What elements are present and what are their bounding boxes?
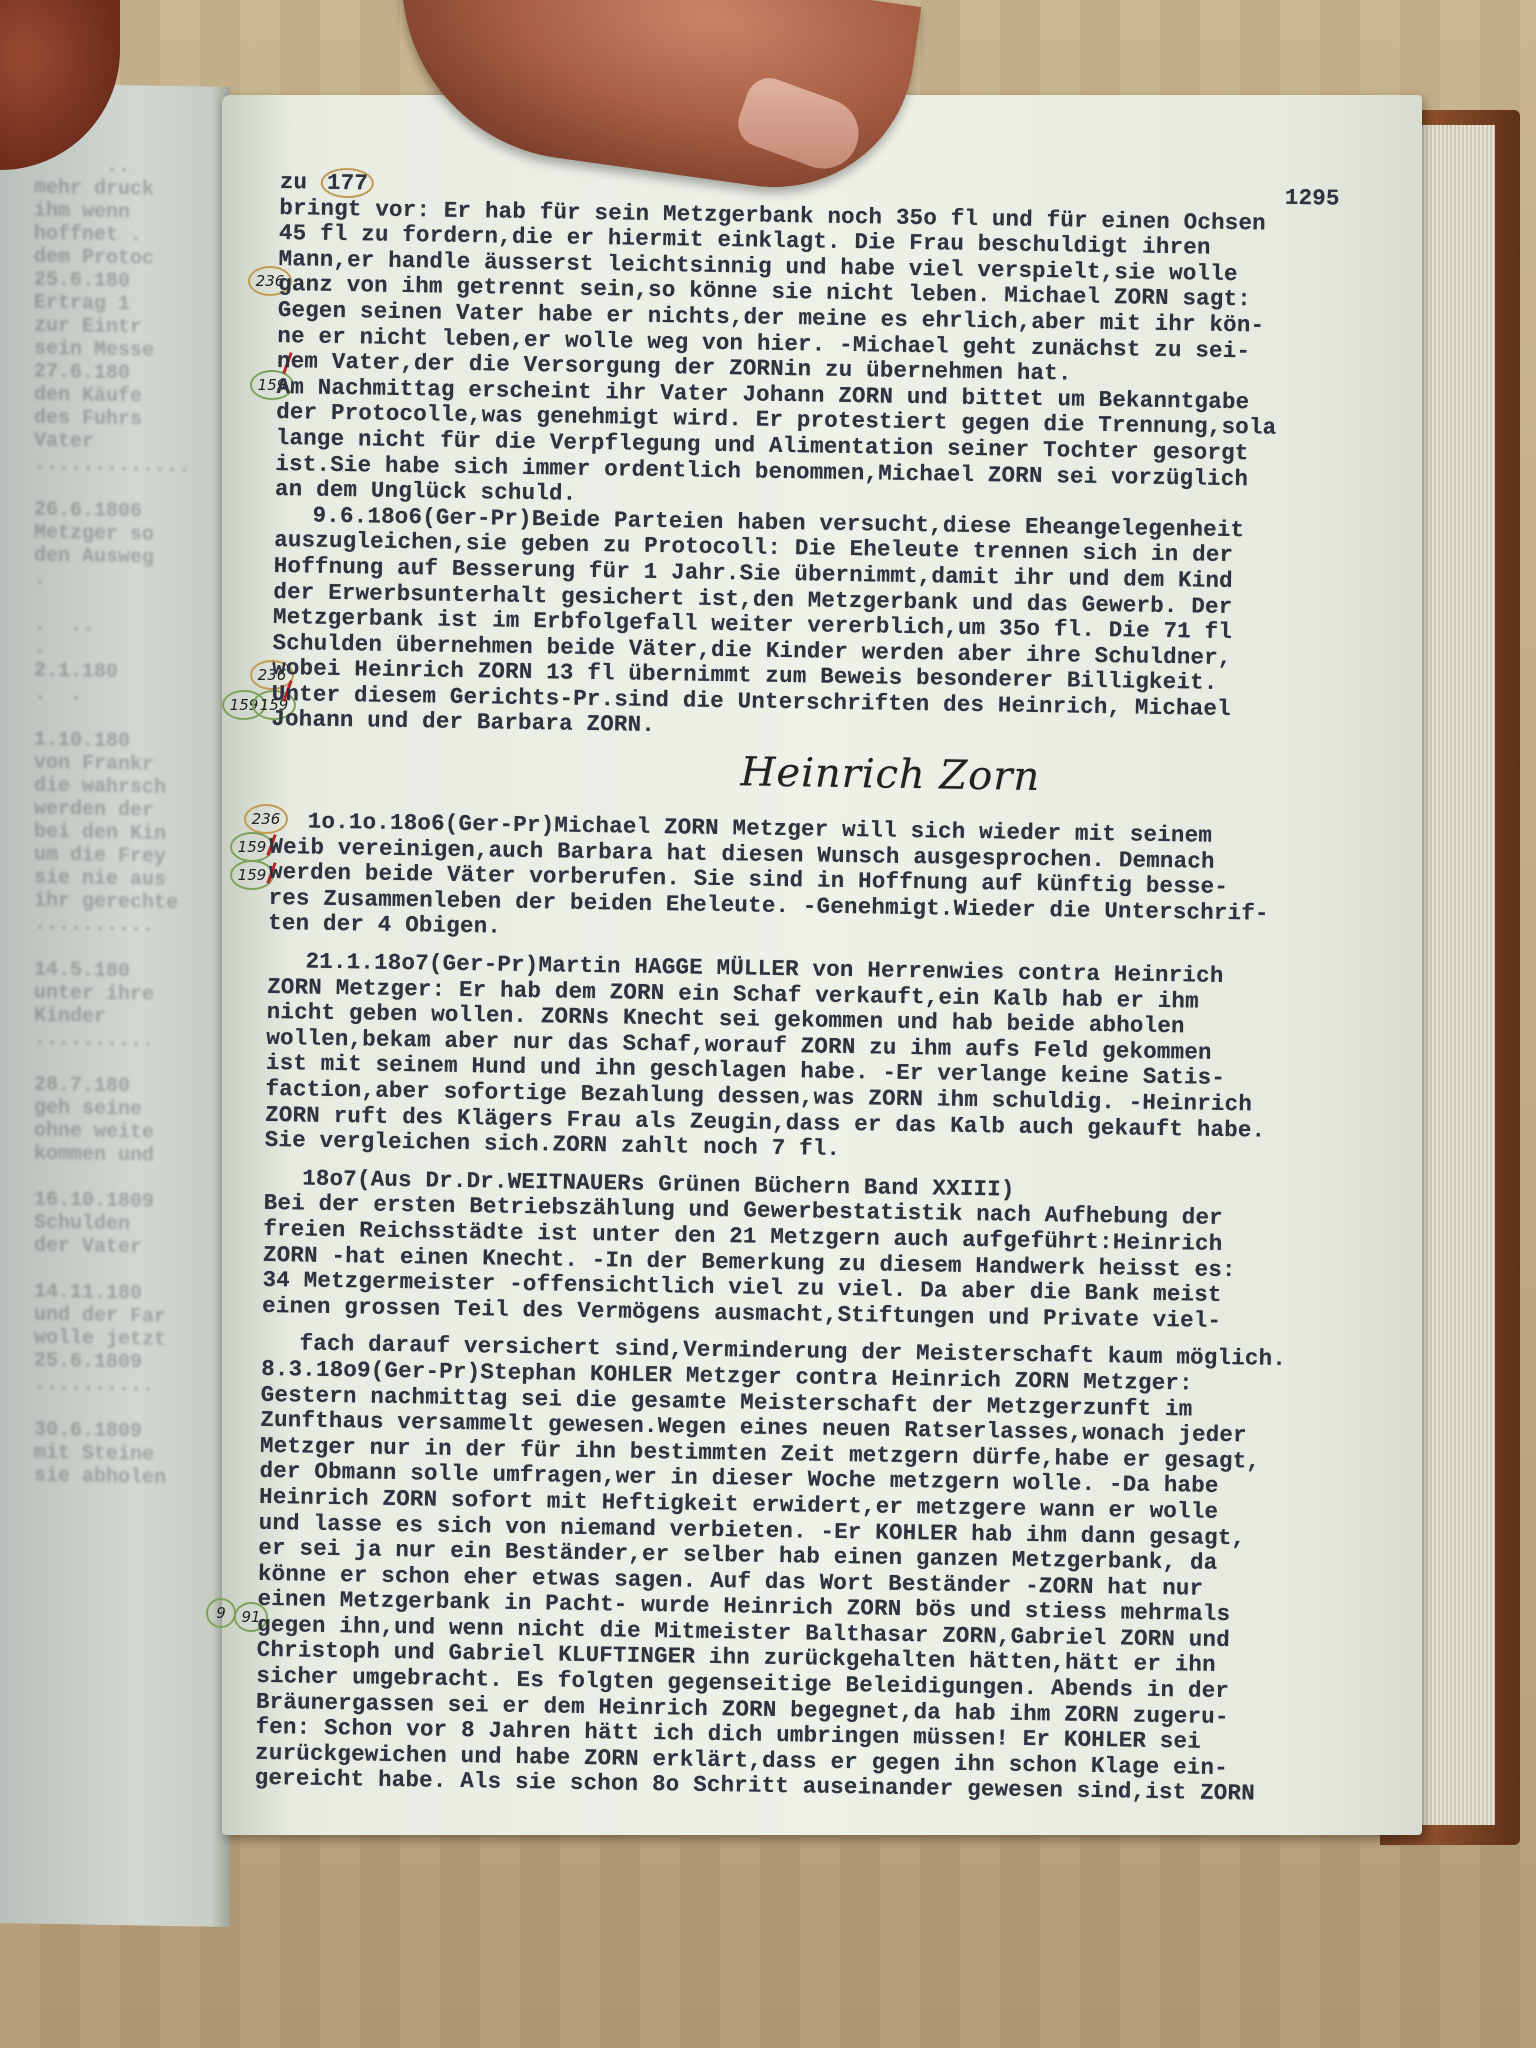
margin-annotation: 159 [230, 832, 274, 862]
margin-annotation: 159 [230, 860, 274, 890]
page-edges [1420, 125, 1495, 1825]
left-page: .. mehr druck ihm wenn hoffnet . dem Pro… [0, 83, 230, 1927]
margin-annotation: 9 [206, 1598, 236, 1628]
ref-label: zu [280, 169, 308, 195]
typewritten-text: zu 177 1295 bringt vor: Er hab für sein … [255, 170, 1420, 1810]
ref-number: 177 [321, 168, 375, 199]
left-page-faded-text: .. mehr druck ihm wenn hoffnet . dem Pro… [10, 153, 190, 1490]
page-number: 1295 [1285, 186, 1340, 212]
reference: zu 177 [280, 170, 375, 197]
text-body: bringt vor: Er hab für sein Metzgerbank … [255, 196, 1420, 1810]
